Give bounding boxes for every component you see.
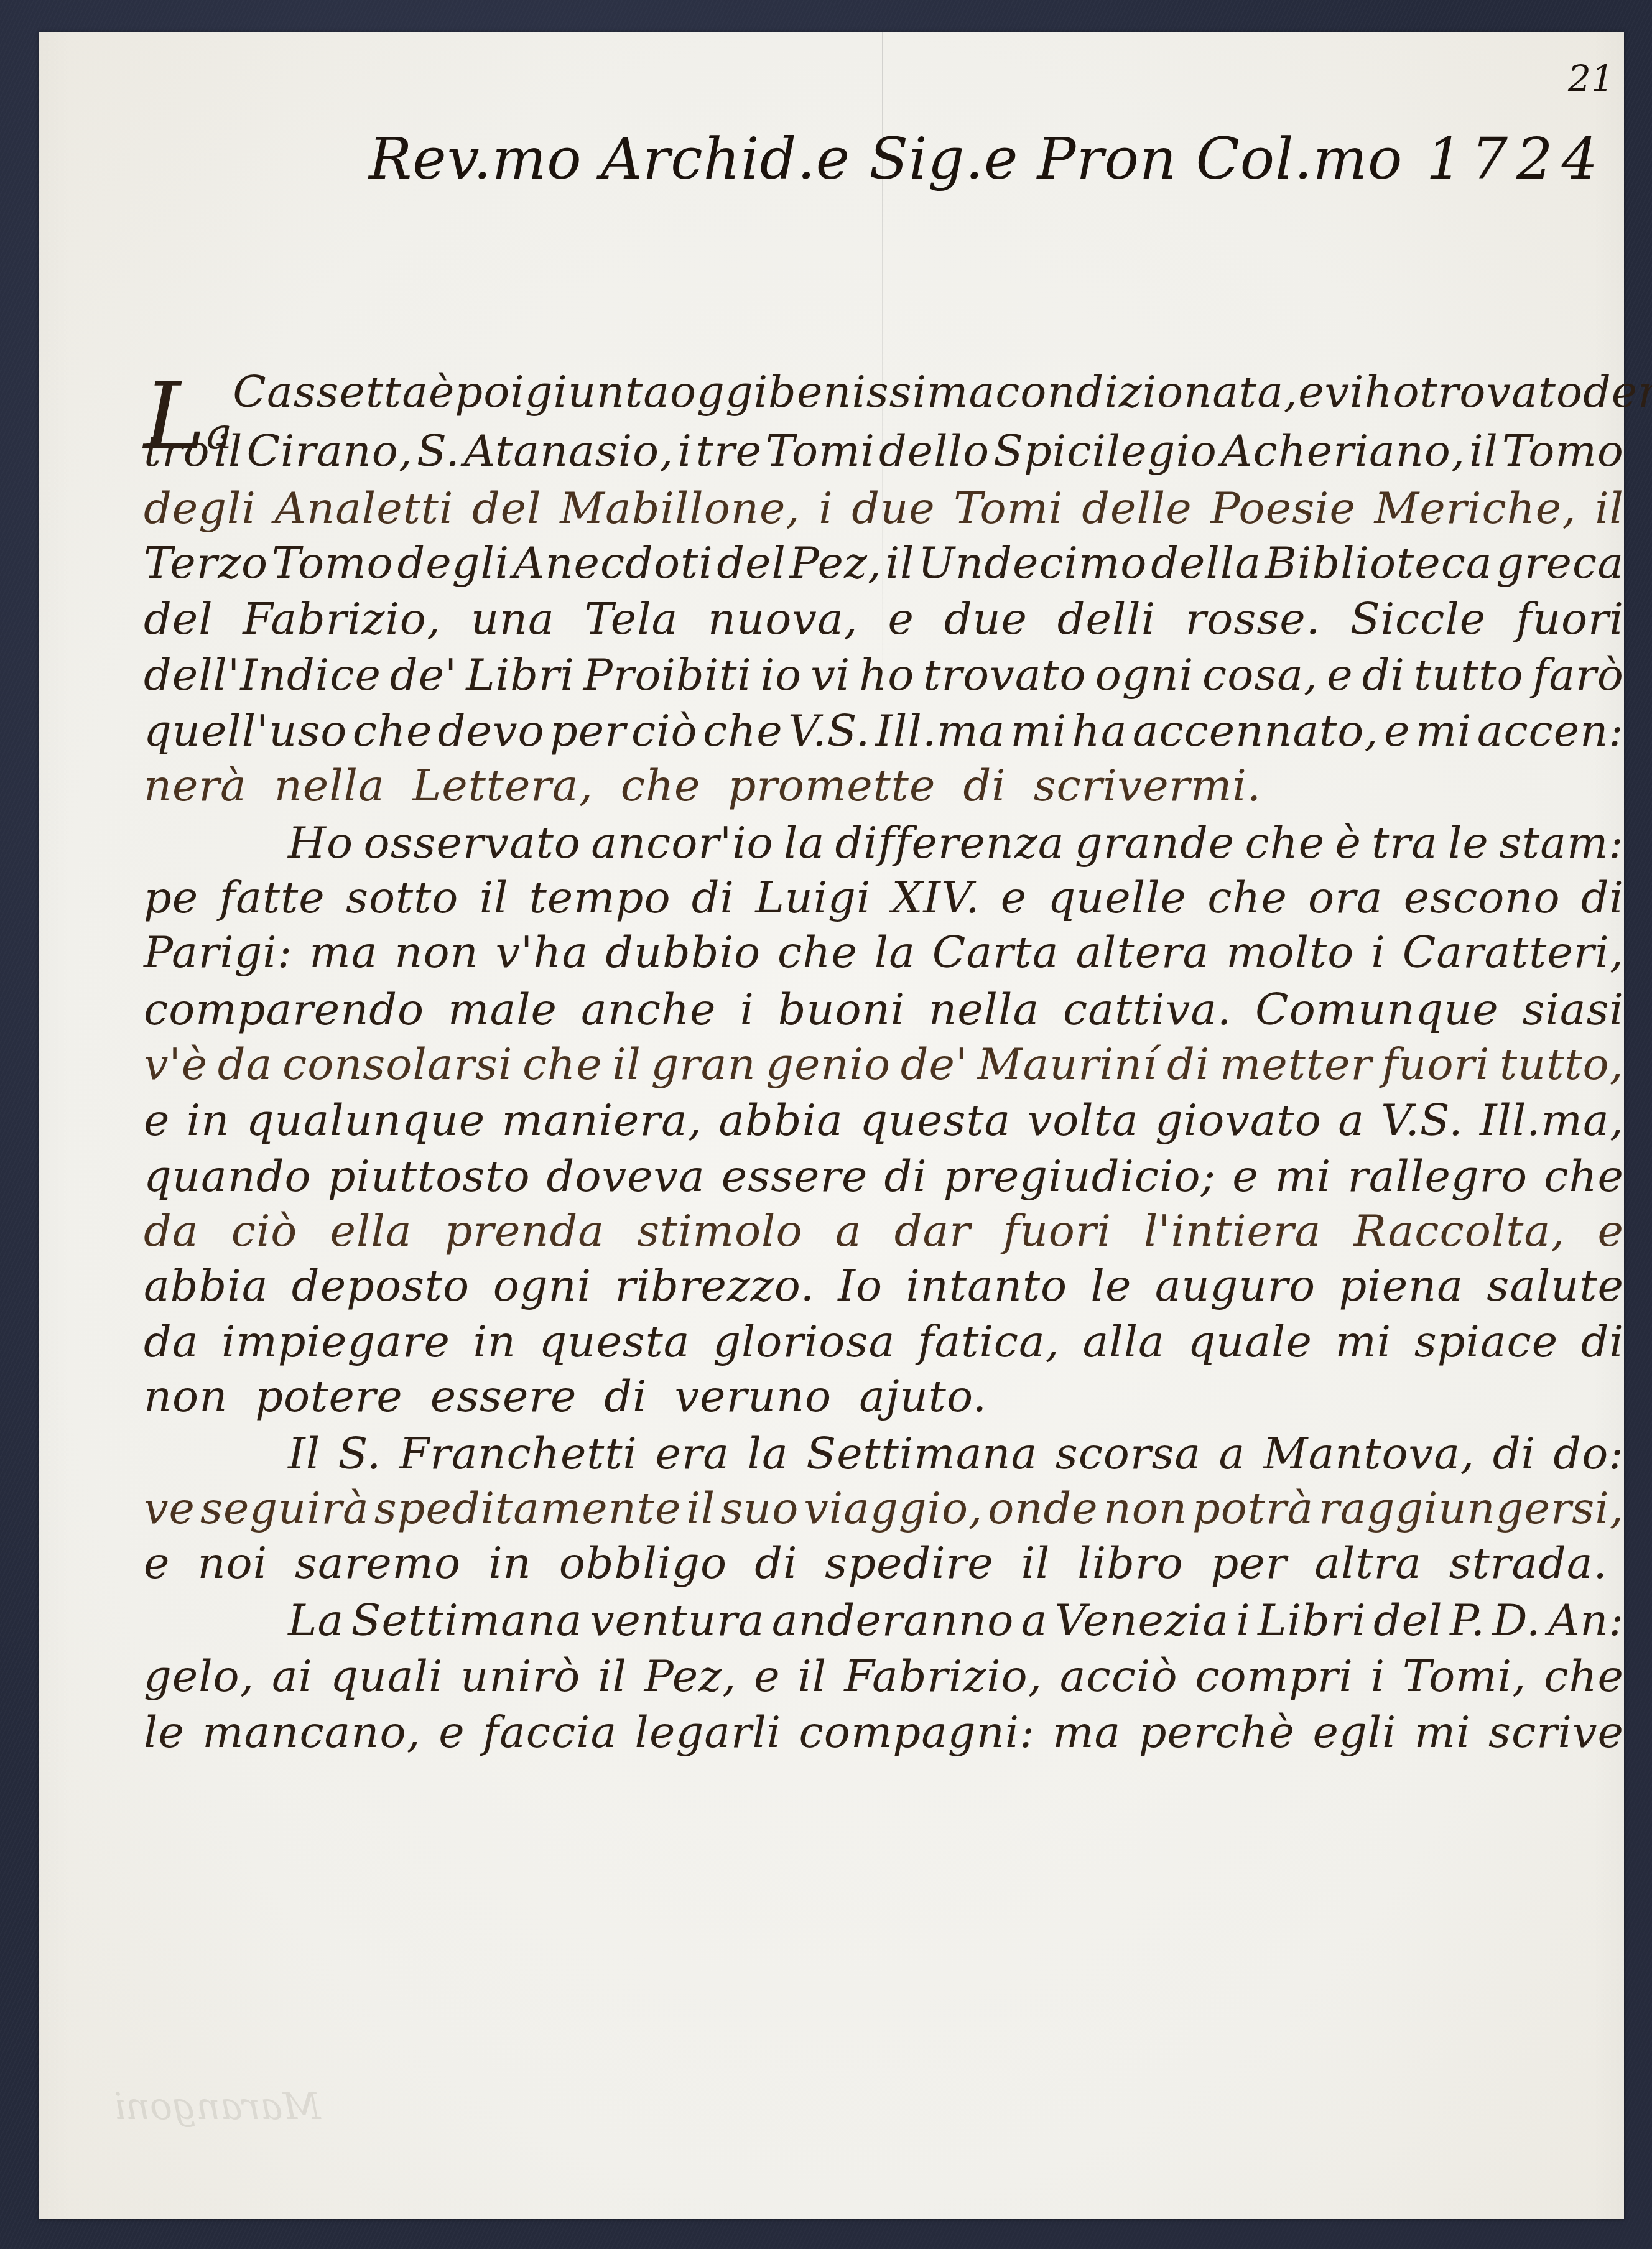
letter-sheet: Marangoni 21 Rev.mo Archid.e Sig.e Pron …: [39, 32, 1624, 2219]
letter-line: abbiadepostoogniribrezzo.Iointantoleaugu…: [144, 1264, 1624, 1307]
letter-line: nerànellaLettera,chepromettediscrivermi.: [144, 764, 1624, 807]
letter-line: veseguiràspeditamenteilsuoviaggio,ondeno…: [144, 1486, 1624, 1530]
letter-line: delFabrizio,unaTelanuova,eduedellirosse.…: [144, 597, 1624, 641]
bleed-through-text: Marangoni: [114, 2085, 321, 2128]
salutation: Rev.mo Archid.e Sig.e Pron Col.mo: [369, 126, 1403, 192]
letter-line: TerzoTomodegliAnecdotidelPez,ilUndecimod…: [144, 541, 1624, 585]
letter-line: dell'Indicede'LibriProibitiiovihotrovato…: [144, 653, 1624, 697]
letter-line: troilCirano,S.Atanasio,itreTomidelloSpic…: [144, 429, 1624, 473]
letter-line: enoisaremoinobbligodispedireillibroperal…: [144, 1541, 1624, 1585]
letter-line: pefattesottoiltempodiLuigiXIV.equelleche…: [144, 876, 1624, 919]
letter-line: gelo,aiqualiuniròilPez,eilFabrizio,acciò…: [144, 1654, 1624, 1698]
folio-number: 21: [1568, 57, 1614, 100]
letter-line: degliAnalettidelMabillone,idueTomidelleP…: [144, 486, 1624, 530]
letter-line: quell'usochedevoperciòcheV.S.Ill.mamihaa…: [144, 709, 1624, 753]
letter-line: comparendomaleancheibuoninellacattiva.Co…: [144, 988, 1624, 1031]
letter-line: nonpotereesserediverunoajuto.: [144, 1375, 1624, 1418]
letter-line: LaSettimanaventuraanderannoaVeneziaiLibr…: [288, 1598, 1624, 1642]
letter-line: v'èdaconsolarsicheilgrangeniode'Mauriníd…: [144, 1042, 1624, 1086]
letter-line: lemancano,efaccialegarlicompagni:maperch…: [144, 1710, 1624, 1754]
letter-line: quandopiuttostodovevaesseredipregiudicio…: [144, 1154, 1624, 1198]
letter-line: daimpiegareinquestagloriosafatica,allaqu…: [144, 1320, 1624, 1363]
letter-line: daciòellaprendastimoloadarfuoril'intiera…: [144, 1209, 1624, 1253]
letter-line: Hoosservatoancor'ioladifferenzagrandeche…: [288, 821, 1624, 865]
letter-line: einqualunquemaniera,abbiaquestavoltagiov…: [144, 1098, 1624, 1142]
letter-line: IlS.FranchettieralaSettimanascorsaaManto…: [288, 1432, 1624, 1475]
letter-line: Parigi:manonv'hadubbiochelaCartaalteramo…: [144, 930, 1624, 974]
letter-year: 1724: [1426, 126, 1607, 192]
